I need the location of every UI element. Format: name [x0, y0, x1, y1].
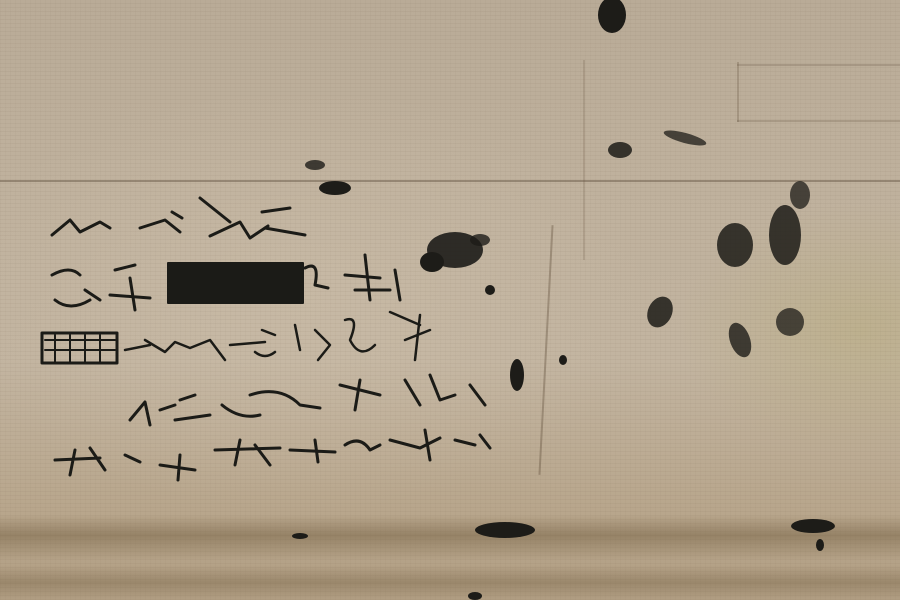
ink-line-3	[125, 312, 430, 360]
ink-line-5	[55, 430, 490, 480]
silk-scroll	[0, 0, 900, 600]
ink-crossed-box	[42, 333, 117, 363]
ink-line-4	[130, 375, 485, 425]
ink-line-1	[52, 198, 305, 238]
ink-blots	[292, 0, 835, 600]
ink-block-deletion	[168, 263, 303, 303]
calligraphy-ink	[0, 0, 900, 600]
